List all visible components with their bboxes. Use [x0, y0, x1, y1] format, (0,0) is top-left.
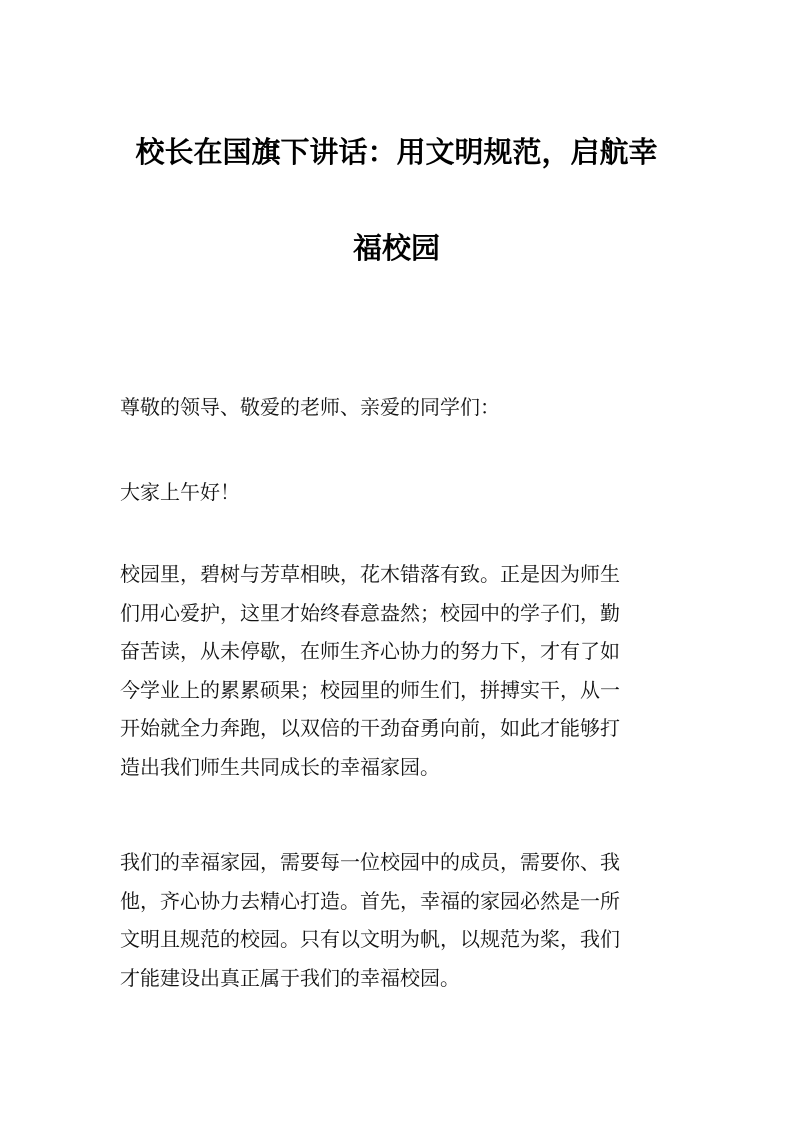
- paragraph-line: 们用心爱护，这里才始终春意盎然；校园中的学子们，勤: [120, 594, 680, 633]
- paragraph-line: 开始就全力奔跑，以双倍的干劲奋勇向前，如此才能够打: [120, 709, 680, 748]
- salutation-block: 尊敬的领导、敬爱的老师、亲爱的同学们：: [120, 388, 680, 427]
- title-line-1: 校长在国旗下讲话：用文明规范，启航幸: [100, 104, 693, 200]
- paragraph-line: 今学业上的累累硕果；校园里的师生们，拼搏实干，从一: [120, 671, 680, 710]
- greeting: 大家上午好！: [120, 473, 680, 512]
- title-line-2: 福校园: [100, 200, 693, 296]
- paragraph-line: 造出我们师生共同成长的幸福家园。: [120, 748, 680, 787]
- page-title: 校长在国旗下讲话：用文明规范，启航幸 福校园: [100, 104, 693, 296]
- salutation: 尊敬的领导、敬爱的老师、亲爱的同学们：: [120, 388, 680, 427]
- paragraph-line: 奋苦读，从未停歇，在师生齐心协力的努力下，才有了如: [120, 632, 680, 671]
- paragraph-line: 才能建设出真正属于我们的幸福校园。: [120, 959, 680, 998]
- paragraph-line: 我们的幸福家园，需要每一位校园中的成员，需要你、我: [120, 843, 680, 882]
- paragraph-1: 校园里，碧树与芳草相映，花木错落有致。正是因为师生 们用心爱护，这里才始终春意盎…: [120, 555, 680, 786]
- paragraph-line: 校园里，碧树与芳草相映，花木错落有致。正是因为师生: [120, 555, 680, 594]
- paragraph-line: 他，齐心协力去精心打造。首先，幸福的家园必然是一所: [120, 882, 680, 921]
- document-page: 校长在国旗下讲话：用文明规范，启航幸 福校园 尊敬的领导、敬爱的老师、亲爱的同学…: [0, 0, 793, 1122]
- paragraph-2: 我们的幸福家园，需要每一位校园中的成员，需要你、我 他，齐心协力去精心打造。首先…: [120, 843, 680, 997]
- greeting-block: 大家上午好！: [120, 473, 680, 512]
- paragraph-line: 文明且规范的校园。只有以文明为帆，以规范为桨，我们: [120, 920, 680, 959]
